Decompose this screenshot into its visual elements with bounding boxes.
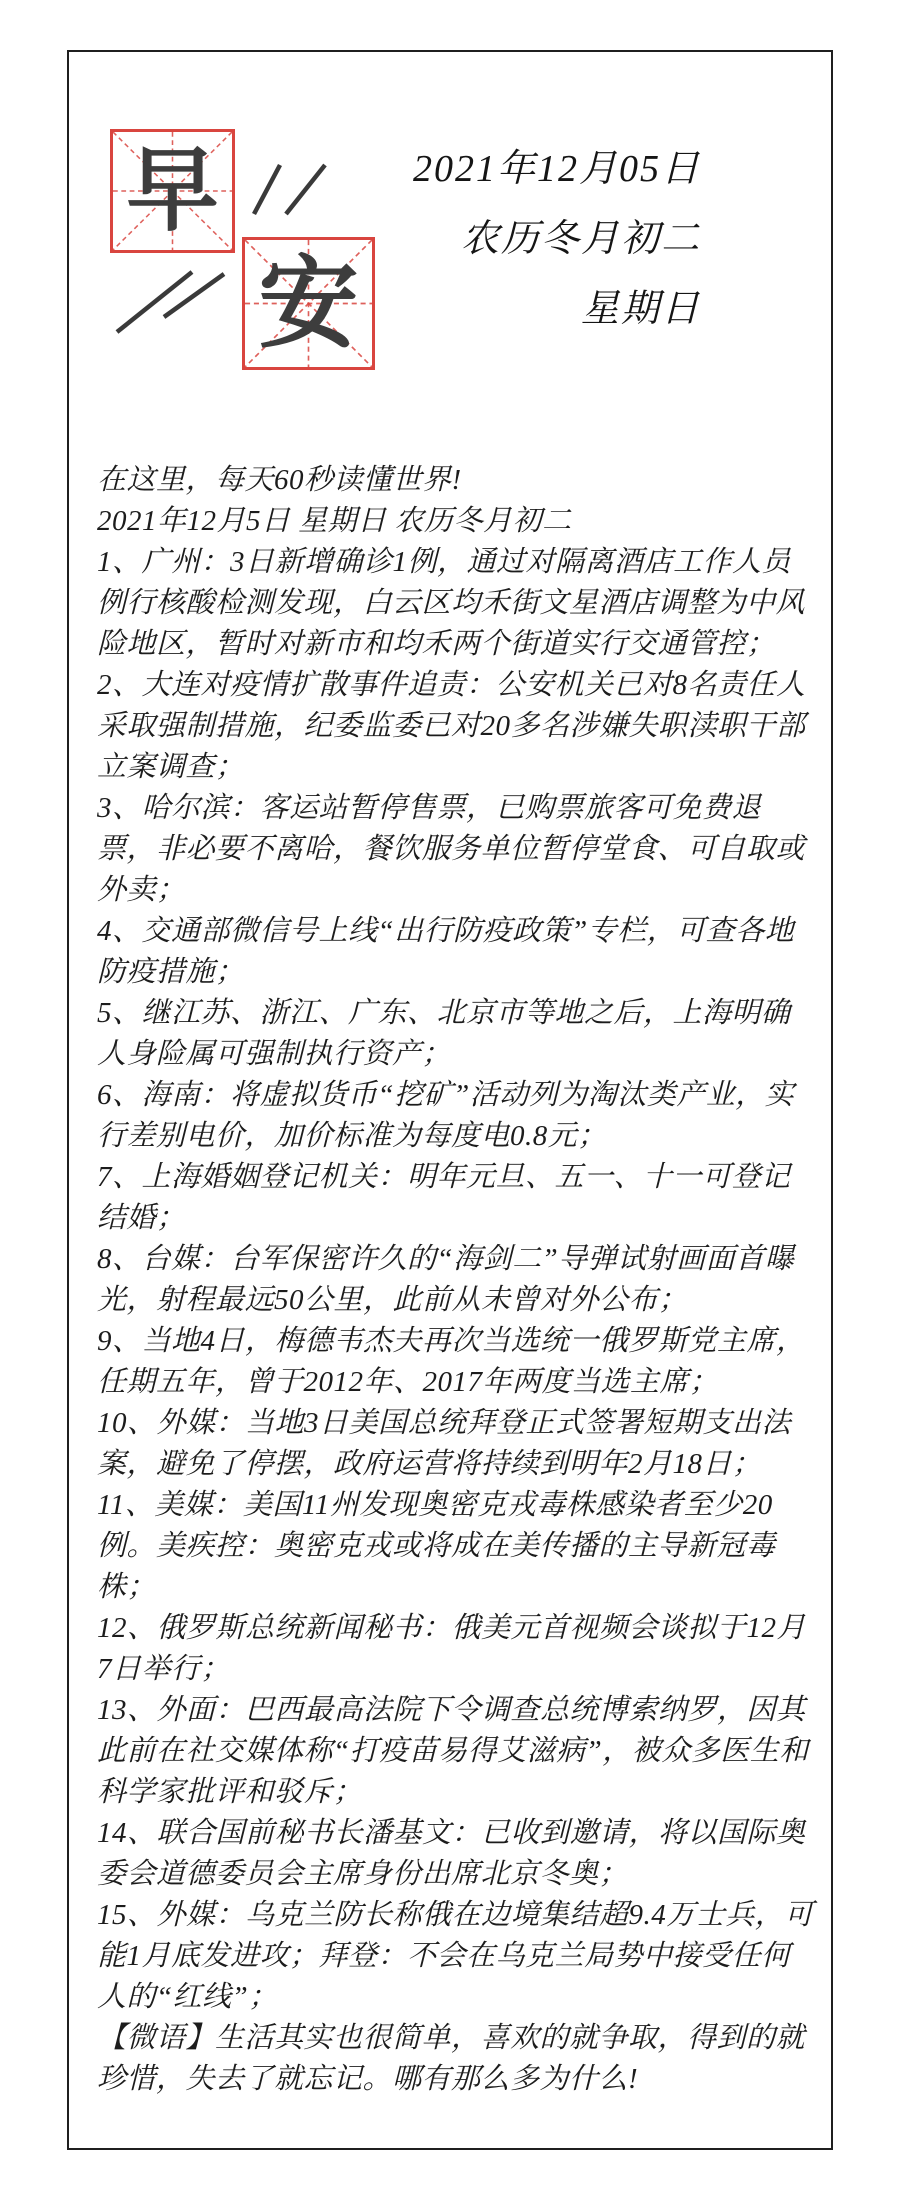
page: 早 安 2021年12月05日 农历冬月 xyxy=(0,0,900,2200)
slash-decoration-icon xyxy=(247,160,332,220)
slash-decoration-icon xyxy=(112,267,232,337)
news-item-10: 10、外媒：当地3日美国总统拜登正式签署短期支出法案，避免了停摆，政府运营将持续… xyxy=(97,1403,819,1485)
news-item-6: 6、海南：将虚拟货币“挖矿”活动列为淘汰类产业，实行差别电价，加价标准为每度电0… xyxy=(97,1075,819,1157)
news-item-4: 4、交通部微信号上线“出行防疫政策”专栏，可查各地防疫措施； xyxy=(97,911,819,993)
news-body: 在这里，每天60秒读懂世界! 2021年12月5日 星期日 农历冬月初二 1、广… xyxy=(97,460,819,2100)
date-gregorian: 2021年12月05日 xyxy=(341,134,701,204)
logo-char-zao: 早 xyxy=(126,145,218,237)
logo-grid-box-zao: 早 xyxy=(110,129,235,253)
news-item-13: 13、外面：巴西最高法院下令调查总统博索纳罗，因其此前在社交媒体称“打疫苗易得艾… xyxy=(97,1690,819,1813)
news-item-1: 1、广州：3日新增确诊1例，通过对隔离酒店工作人员例行核酸检测发现，白云区均禾街… xyxy=(97,542,819,665)
date-weekday: 星期日 xyxy=(341,274,701,344)
logo-char-an: 安 xyxy=(259,254,359,354)
news-item-15: 15、外媒：乌克兰防长称俄在边境集结超9.4万士兵，可能1月底发进攻；拜登：不会… xyxy=(97,1895,819,2018)
news-item-3: 3、哈尔滨：客运站暂停售票，已购票旅客可免费退票，非必要不离哈，餐饮服务单位暂停… xyxy=(97,788,819,911)
document-frame: 早 安 2021年12月05日 农历冬月 xyxy=(67,50,833,2150)
news-item-11: 11、美媒：美国11州发现奥密克戎毒株感染者至少20例。美疾控：奥密克戎或将成在… xyxy=(97,1485,819,1608)
news-item-12: 12、俄罗斯总统新闻秘书：俄美元首视频会谈拟于12月7日举行； xyxy=(97,1608,819,1690)
intro-line: 在这里，每天60秒读懂世界! xyxy=(97,460,819,501)
news-item-9: 9、当地4日，梅德韦杰夫再次当选统一俄罗斯党主席，任期五年，曾于2012年、20… xyxy=(97,1321,819,1403)
logo-grid-box-an: 安 xyxy=(242,237,375,370)
news-item-5: 5、继江苏、浙江、广东、北京市等地之后，上海明确人身险属可强制执行资产； xyxy=(97,993,819,1075)
news-item-14: 14、联合国前秘书长潘基文：已收到邀请，将以国际奥委会道德委员会主席身份出席北京… xyxy=(97,1813,819,1895)
news-item-8: 8、台媒：台军保密许久的“海剑二”导弹试射画面首曝光，射程最远50公里，此前从未… xyxy=(97,1239,819,1321)
body-date-line: 2021年12月5日 星期日 农历冬月初二 xyxy=(97,501,819,542)
news-item-2: 2、大连对疫情扩散事件追责：公安机关已对8名责任人采取强制措施，纪委监委已对20… xyxy=(97,665,819,788)
news-item-7: 7、上海婚姻登记机关：明年元旦、五一、十一可登记结婚； xyxy=(97,1157,819,1239)
weiyu-line: 【微语】生活其实也很简单，喜欢的就争取，得到的就珍惜，失去了就忘记。哪有那么多为… xyxy=(97,2018,819,2100)
date-lunar: 农历冬月初二 xyxy=(341,204,701,274)
date-block: 2021年12月05日 农历冬月初二 星期日 xyxy=(341,134,701,344)
